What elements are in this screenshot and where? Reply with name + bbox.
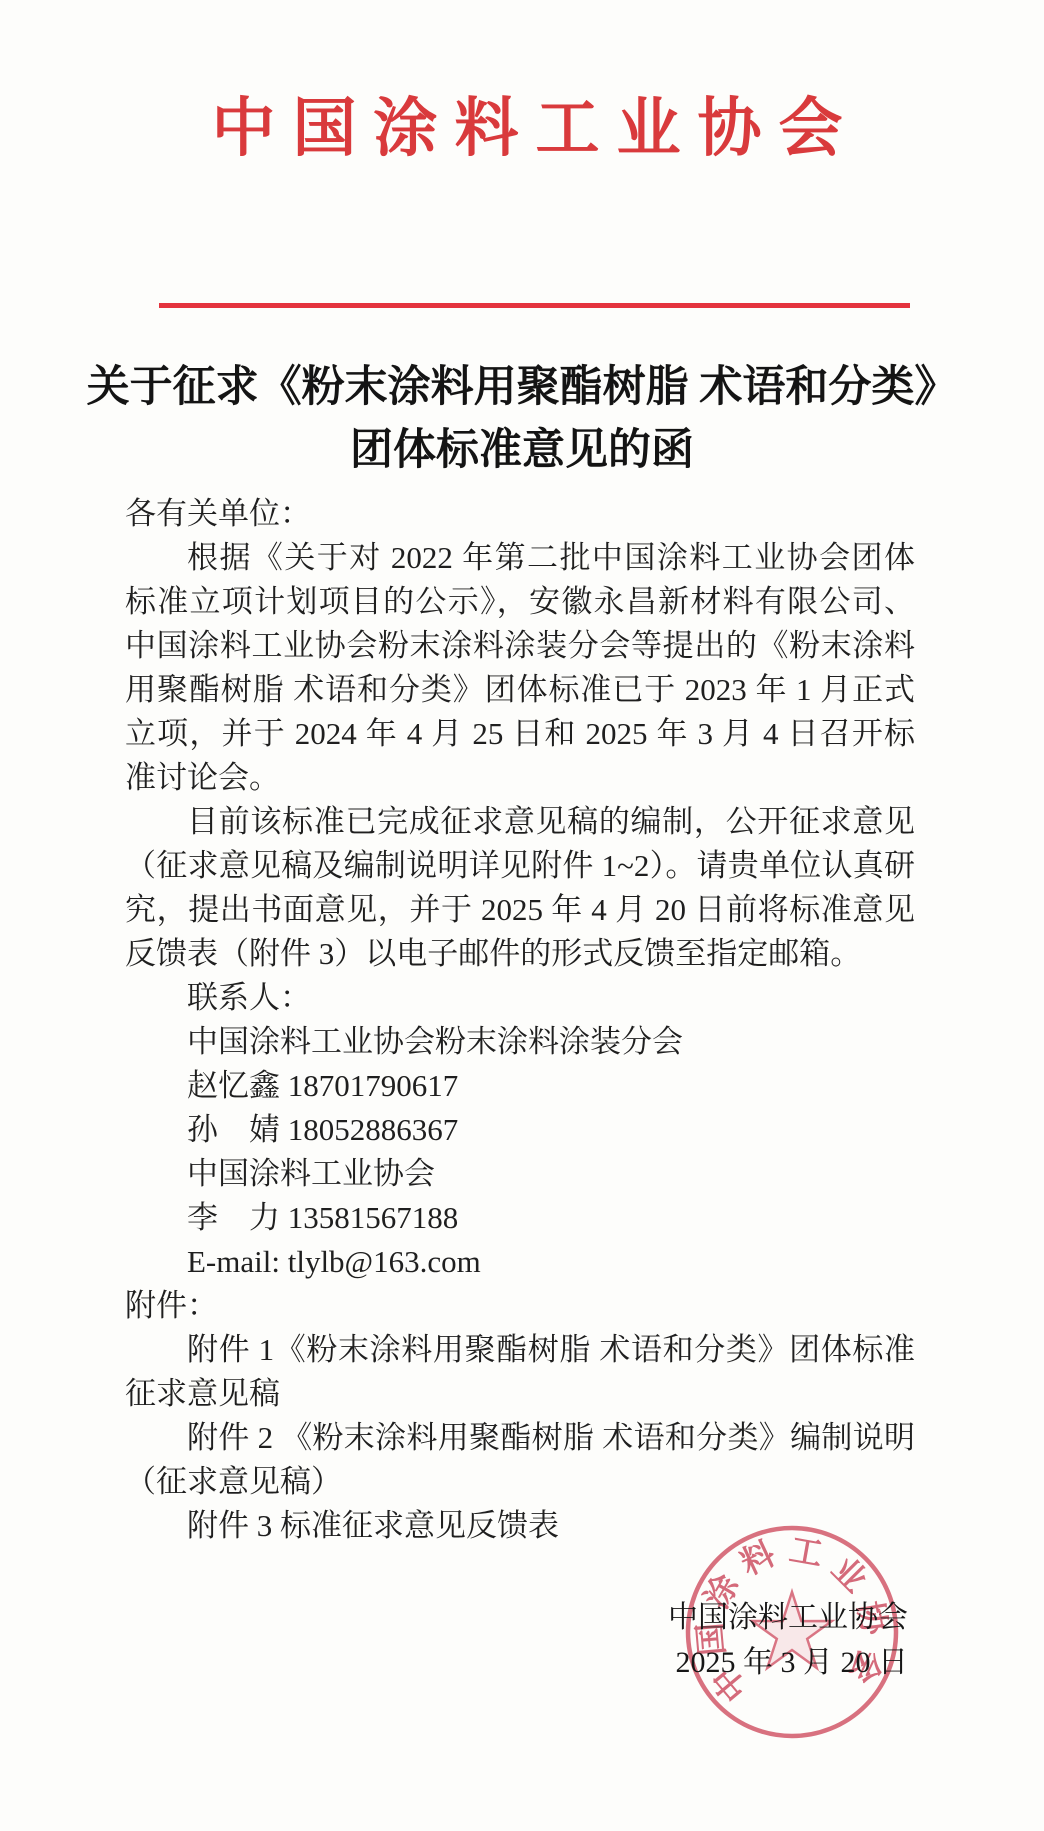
letter-page: 中国涂料工业协会 关于征求《粉末涂料用聚酯树脂 术语和分类》 团体标准意见的函 … [0, 0, 1044, 1831]
contact-line-association: 中国涂料工业协会 [125, 1152, 915, 1196]
signature-date: 2025 年 3 月 20 日 [668, 1640, 908, 1685]
contact-line-zhao: 赵忆鑫 18701790617 [125, 1064, 915, 1108]
signature-org: 中国涂料工业协会 [668, 1595, 908, 1640]
contact-line-sun: 孙 婧 18052886367 [125, 1108, 915, 1152]
salutation: 各有关单位： [125, 492, 915, 536]
document-title-line-2: 团体标准意见的函 [0, 419, 1044, 482]
attachments-label: 附件： [125, 1284, 915, 1328]
attachment-item-1: 附件 1《粉末涂料用聚酯树脂 术语和分类》团体标准征求意见稿 [125, 1328, 915, 1416]
contact-line-division: 中国涂料工业协会粉末涂料涂装分会 [125, 1020, 915, 1064]
document-title-line-1: 关于征求《粉末涂料用聚酯树脂 术语和分类》 [0, 356, 1044, 419]
letterhead-divider [159, 303, 910, 308]
seal-char: 工 [787, 1533, 826, 1574]
paragraph-1: 根据《关于对 2022 年第二批中国涂料工业协会团体标准立项计划项目的公示》，安… [125, 536, 915, 800]
letterhead-title: 中国涂料工业协会 [0, 94, 1044, 164]
paragraph-2: 目前该标准已完成征求意见稿的编制，公开征求意见（征求意见稿及编制说明详见附件 1… [125, 800, 915, 976]
contact-line-email: E-mail: tlylb@163.com [125, 1240, 915, 1284]
attachment-item-2: 附件 2 《粉末涂料用聚酯树脂 术语和分类》编制说明（征求意见稿） [125, 1416, 915, 1504]
contact-label: 联系人： [125, 976, 915, 1020]
document-title: 关于征求《粉末涂料用聚酯树脂 术语和分类》 团体标准意见的函 [0, 356, 1044, 482]
contact-line-li: 李 力 13581567188 [125, 1196, 915, 1240]
signature-block: 中国涂料工业协会 2025 年 3 月 20 日 [668, 1595, 908, 1685]
letter-body: 各有关单位： 根据《关于对 2022 年第二批中国涂料工业协会团体标准立项计划项… [125, 492, 915, 1548]
